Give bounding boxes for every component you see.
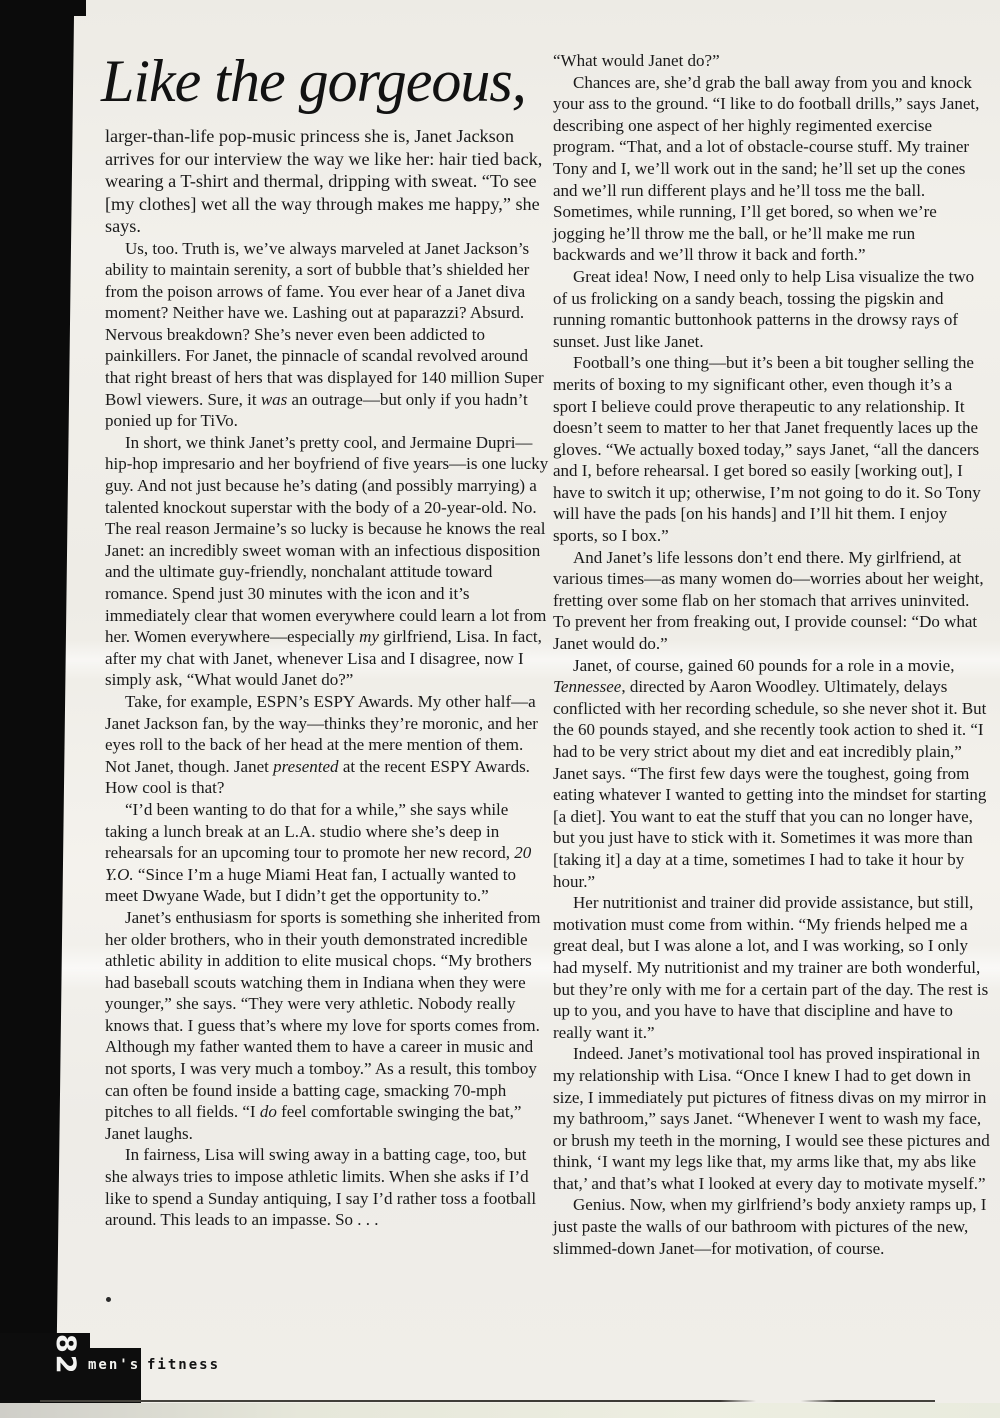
article-paragraph: Indeed. Janet’s motivational tool has pr… xyxy=(553,1043,990,1194)
page-number: 82 xyxy=(50,1334,81,1394)
scan-edge-bottom xyxy=(0,1403,1000,1418)
article-paragraph: Take, for example, ESPN’s ESPY Awards. M… xyxy=(105,691,549,799)
page-bottom-edge-line xyxy=(40,1400,935,1402)
article-paragraph: In fairness, Lisa will swing away in a b… xyxy=(105,1144,549,1230)
article-paragraph: In short, we think Janet’s pretty cool, … xyxy=(105,432,549,691)
magazine-brand-fitness: fitness xyxy=(147,1357,220,1373)
article-left-column: larger-than-life pop-music princess she … xyxy=(105,125,549,1231)
article-paragraph: Janet’s enthusiasm for sports is somethi… xyxy=(105,907,549,1145)
magazine-page-scan: Like the gorgeous, larger-than-life pop-… xyxy=(0,0,1000,1418)
article-paragraph: Us, too. Truth is, we’ve always marveled… xyxy=(105,238,549,432)
article-paragraph: Janet, of course, gained 60 pounds for a… xyxy=(553,655,990,893)
article-paragraph: Football’s one thing—but it’s been a bit… xyxy=(553,352,990,546)
article-paragraph: “What would Janet do?” xyxy=(553,50,990,72)
article-right-column: “What would Janet do?”Chances are, she’d… xyxy=(553,50,990,1259)
article-paragraph: Genius. Now, when my girlfriend’s body a… xyxy=(553,1194,990,1259)
article-title: Like the gorgeous, xyxy=(101,48,581,114)
article-paragraph: And Janet’s life lessons don’t end there… xyxy=(553,547,990,655)
article-paragraph: larger-than-life pop-music princess she … xyxy=(105,125,549,238)
magazine-brand-mens: men's xyxy=(88,1357,140,1373)
article-paragraph: “I’d been wanting to do that for a while… xyxy=(105,799,549,907)
article-paragraph: Chances are, she’d grab the ball away fr… xyxy=(553,72,990,266)
article-paragraph: Her nutritionist and trainer did provide… xyxy=(553,892,990,1043)
article-paragraph: Great idea! Now, I need only to help Lis… xyxy=(553,266,990,352)
print-artifact-dot xyxy=(106,1297,111,1302)
